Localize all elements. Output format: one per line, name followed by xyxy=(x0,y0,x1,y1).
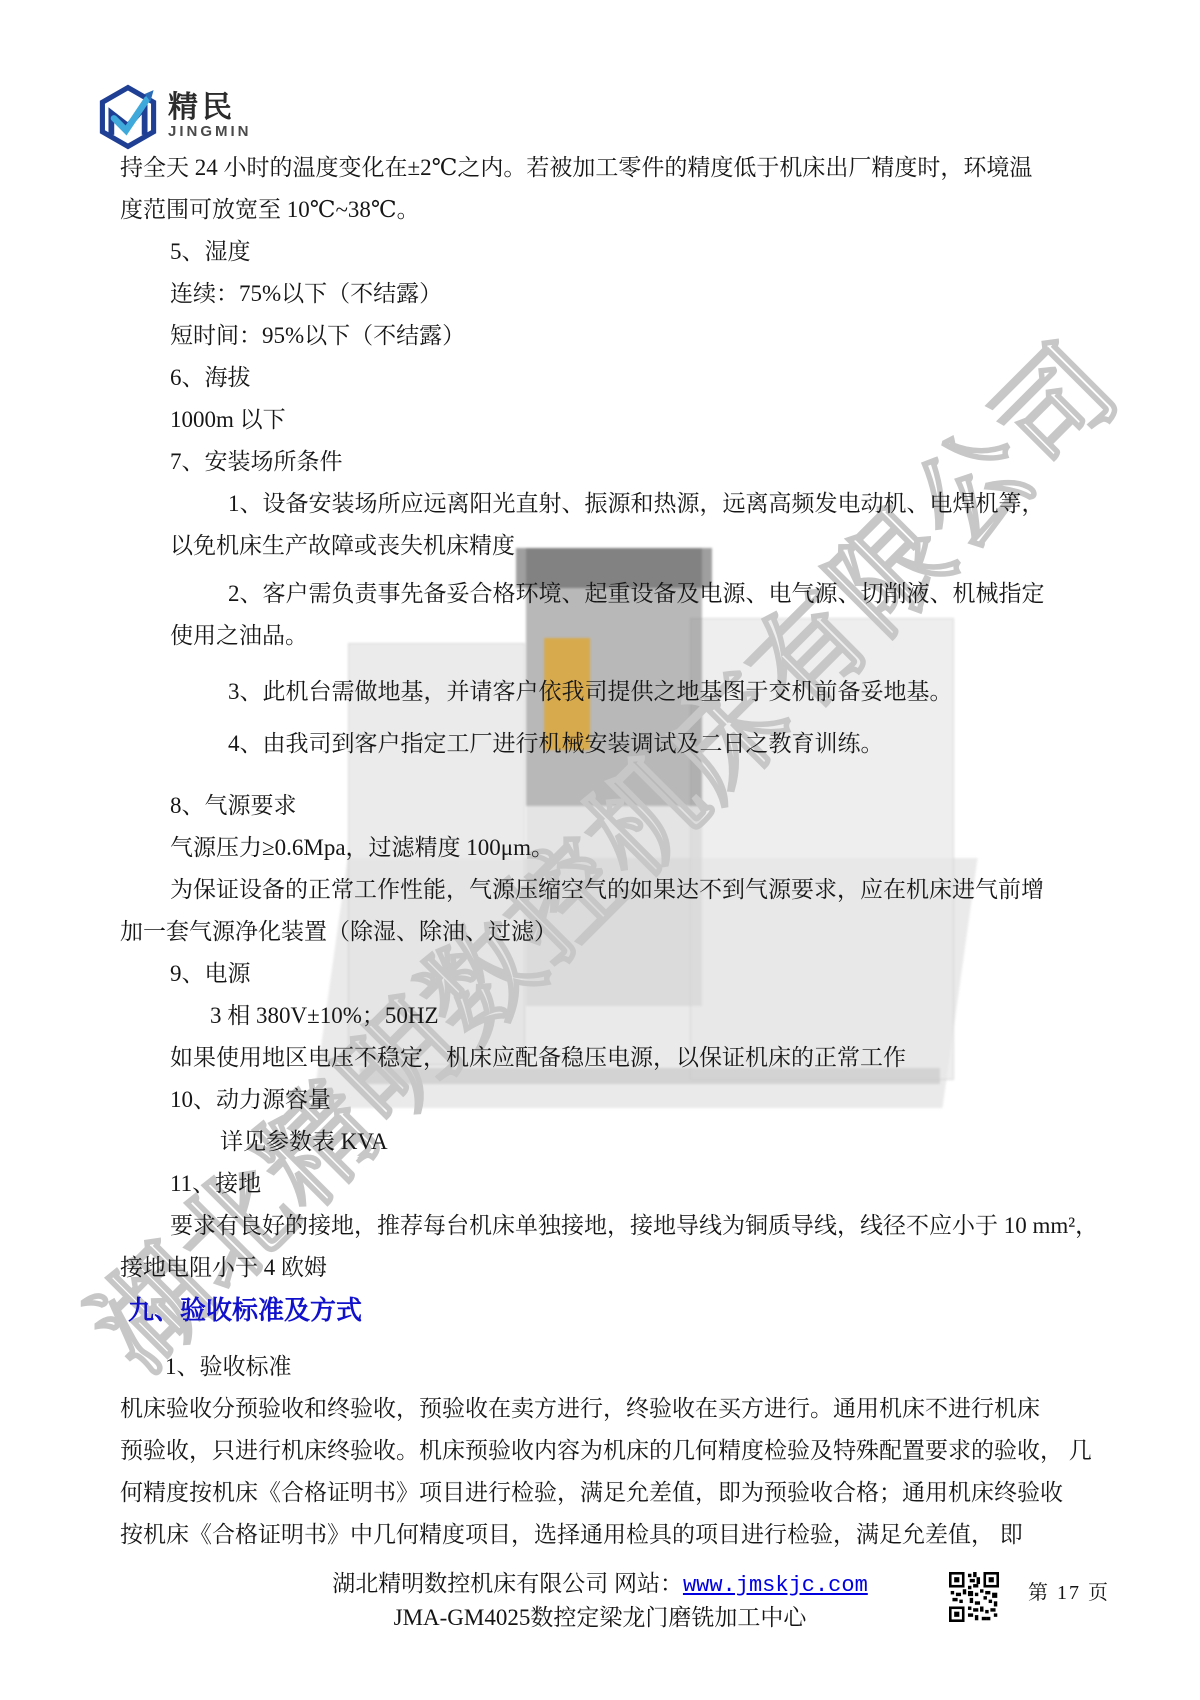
text-line: 接地电阻小于 4 欧姆 xyxy=(120,1247,1105,1289)
list-item-acceptance-standard: 1、验收标准 xyxy=(120,1346,1105,1388)
list-item-altitude: 6、海拔 xyxy=(120,357,1105,399)
text-line: 以免机床生产故障或丧失机床精度 xyxy=(120,525,1105,567)
text-line: 何精度按机床《合格证明书》项目进行检验，满足允差值，即为预验收合格；通用机床终验… xyxy=(120,1472,1105,1514)
text-line: 1000m 以下 xyxy=(120,399,1105,441)
footer-company: 湖北精明数控机床有限公司 xyxy=(332,1571,608,1596)
text-line: 短时间：95%以下（不结露） xyxy=(120,315,1105,357)
text-line: 度范围可放宽至 10℃~38℃。 xyxy=(120,189,1105,231)
text-line: 加一套气源净化装置（除湿、除油、过滤） xyxy=(120,911,1105,953)
footer-website-label: 网站： xyxy=(608,1571,683,1596)
text-line: 如果使用地区电压不稳定，机床应配备稳压电源，以保证机床的正常工作 xyxy=(120,1037,1105,1079)
company-logo: 精民 JINGMIN xyxy=(96,84,252,150)
logo-brand-en: JINGMIN xyxy=(168,123,252,141)
logo-hexagon-icon xyxy=(96,84,160,150)
footer-company-line: 湖北精明数控机床有限公司 网站：www.jmskjc.com xyxy=(0,1568,1200,1602)
list-item-power-capacity: 10、动力源容量 xyxy=(120,1079,1105,1121)
list-item-site-conditions: 7、安装场所条件 xyxy=(120,441,1105,483)
text-line: 为保证设备的正常工作性能，气源压缩空气的如果达不到气源要求，应在机床进气前增 xyxy=(120,869,1105,911)
text-line: 气源压力≥0.6Mpa，过滤精度 100μm。 xyxy=(120,827,1105,869)
page-number: 第 17 页 xyxy=(1028,1576,1110,1605)
text-line: 预验收，只进行机床终验收。机床预验收内容为机床的几何精度检验及特殊配置要求的验收… xyxy=(120,1430,1105,1472)
footer-model-line: JMA-GM4025数控定梁龙门磨铣加工中心 xyxy=(0,1602,1200,1634)
document-body: 持全天 24 小时的温度变化在±2℃之内。若被加工零件的精度低于机床出厂精度时，… xyxy=(120,147,1105,1556)
text-line: 要求有良好的接地，推荐每台机床单独接地，接地导线为铜质导线，线径不应小于 10 … xyxy=(120,1205,1105,1247)
text-line: 1、设备安装场所应远离阳光直射、振源和热源，远离高频发电动机、电焊机等， xyxy=(120,483,1105,525)
text-line: 机床验收分预验收和终验收，预验收在卖方进行，终验收在买方进行。通用机床不进行机床 xyxy=(120,1388,1105,1430)
list-item-air-supply: 8、气源要求 xyxy=(120,785,1105,827)
list-item-grounding: 11、接地 xyxy=(120,1163,1105,1205)
list-item-power: 9、电源 xyxy=(120,953,1105,995)
text-line: 按机床《合格证明书》中几何精度项目，选择通用检具的项目进行检验，满足允差值， 即 xyxy=(120,1514,1105,1556)
document-page: 湖北精明数控机床有限公司 精民 JINGMIN 持全天 24 小时的温度变化在±… xyxy=(0,0,1200,1700)
text-line: 持全天 24 小时的温度变化在±2℃之内。若被加工零件的精度低于机床出厂精度时，… xyxy=(120,147,1105,189)
text-line: 使用之油品。 xyxy=(120,615,1105,657)
text-line: 详见参数表 KVA xyxy=(120,1121,1105,1163)
logo-brand-cn: 精民 xyxy=(168,93,252,123)
text-line: 3 相 380V±10%；50HZ xyxy=(120,995,1105,1037)
footer-website-link[interactable]: www.jmskjc.com xyxy=(683,1573,868,1598)
text-line: 3、此机台需做地基，并请客户依我司提供之地基图于交机前备妥地基。 xyxy=(120,671,1105,713)
text-line: 2、客户需负责事先备妥合格环境、起重设备及电源、电气源、切削液、机械指定 xyxy=(120,573,1105,615)
section-heading-acceptance: 九、验收标准及方式 xyxy=(120,1289,1105,1331)
text-line: 4、由我司到客户指定工厂进行机械安装调试及二日之教育训练。 xyxy=(120,723,1105,765)
logo-text: 精民 JINGMIN xyxy=(168,93,252,141)
page-footer: 湖北精明数控机床有限公司 网站：www.jmskjc.com JMA-GM402… xyxy=(0,1568,1200,1634)
text-line: 连续：75%以下（不结露） xyxy=(120,273,1105,315)
qr-code xyxy=(949,1572,999,1622)
list-item-humidity: 5、湿度 xyxy=(120,231,1105,273)
